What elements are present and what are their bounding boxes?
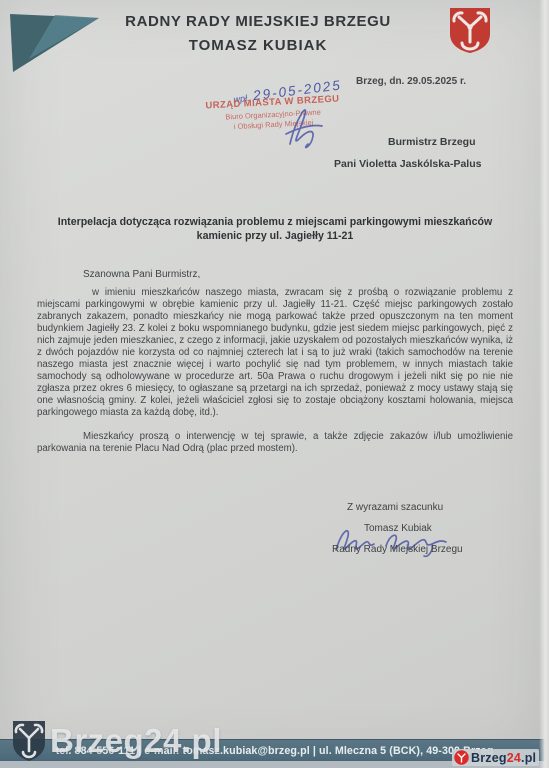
valediction: Z wyrazami szacunku <box>347 502 443 513</box>
body-paragraph-2: Mieszkańcy proszą o interwencję w tej sp… <box>37 431 513 455</box>
signer-title: Radny Rady Miejskiej Brzegu <box>332 544 463 555</box>
letterhead-organization: RADNY RADY MIEJSKIEJ BRZEGU <box>8 13 508 30</box>
brzeg24-logo-icon <box>454 750 469 765</box>
subject-heading: Interpelacja dotycząca rozwiązania probl… <box>25 216 525 243</box>
stamp-paraph-signature <box>280 100 328 152</box>
letterhead: RADNY RADY MIEJSKIEJ BRZEGU TOMASZ KUBIA… <box>8 13 508 54</box>
office-stamp: URZĄD MIASTA W BRZEGU Biuro Organizacyjn… <box>192 93 353 133</box>
signature-scribble <box>328 522 458 562</box>
logo-text-tld: .pl <box>521 751 536 765</box>
paper-edge-highlight <box>539 0 549 768</box>
document-photo: RADNY RADY MIEJSKIEJ BRZEGU TOMASZ KUBIA… <box>0 0 549 768</box>
footer-contact-line: tel. 884-556-111 | e-mail: tomasz.kubiak… <box>56 745 494 757</box>
salutation: Szanowna Pani Burmistrz, <box>83 269 200 280</box>
logo-text-number: 24 <box>507 751 521 765</box>
subject-line2: kamienic przy ul. Jagiełły 11-21 <box>25 230 525 244</box>
recipient-title: Burmistrz Brzegu <box>388 136 476 148</box>
recipient-name: Pani Violetta Jaskólska-Palus <box>334 158 481 170</box>
city-crest-icon <box>447 6 493 55</box>
place-date: Brzeg, dn. 29.05.2025 r. <box>356 76 466 87</box>
brzeg24-logo: Brzeg24.pl <box>452 749 539 766</box>
letterhead-person: TOMASZ KUBIAK <box>8 37 508 54</box>
subject-line1: Interpelacja dotycząca rozwiązania probl… <box>25 216 525 230</box>
logo-text-brand: Brzeg <box>471 751 507 765</box>
body-paragraph-1: w imieniu mieszkańców naszego miasta, zw… <box>37 287 513 420</box>
